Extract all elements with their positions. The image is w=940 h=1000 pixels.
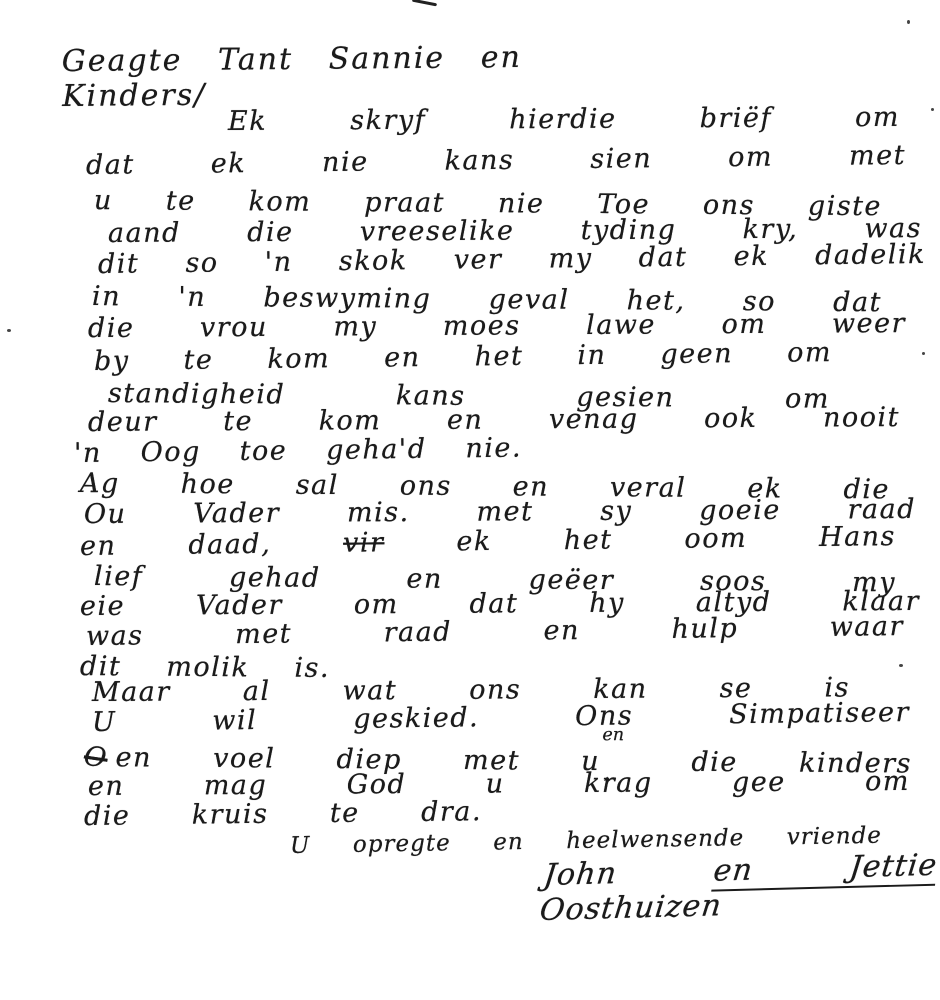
stray-ink-stroke	[412, 0, 437, 6]
letter-line: 'n Oog toe geha'd nie.	[74, 433, 522, 469]
ink-speck	[907, 20, 910, 24]
ink-speck	[899, 664, 903, 667]
underlined-signature-part: en Jettie	[711, 848, 939, 892]
signature-line: John en Jettie Oosthuizen	[538, 848, 939, 928]
ink-speck	[922, 352, 925, 355]
signature-text: Oosthuizen	[538, 888, 724, 928]
scratched-out-char: O	[82, 741, 110, 775]
line-text: en daad,	[80, 528, 344, 562]
inserted-word: en	[602, 725, 624, 745]
letter-line: dat ek nie kans sien om met	[86, 140, 906, 181]
inserted-word-wrap: en‸	[600, 743, 630, 770]
ink-speck	[931, 108, 934, 111]
letter-line: Ek skryf hierdie briëf om	[228, 102, 900, 137]
signature-text: John	[542, 854, 716, 893]
salutation-line: Geagte Tant Sannie en Kinders/	[62, 40, 523, 114]
line-text: ek het oom Hans	[384, 521, 896, 558]
letter-page: Geagte Tant Sannie en Kinders/ Ek skryf …	[0, 0, 940, 1000]
letter-line: die kruis te dra.	[84, 796, 482, 832]
ink-speck	[7, 329, 11, 332]
struck-out-word: vir	[343, 527, 385, 559]
letter-line: en mag God u krag gee om	[88, 766, 910, 802]
